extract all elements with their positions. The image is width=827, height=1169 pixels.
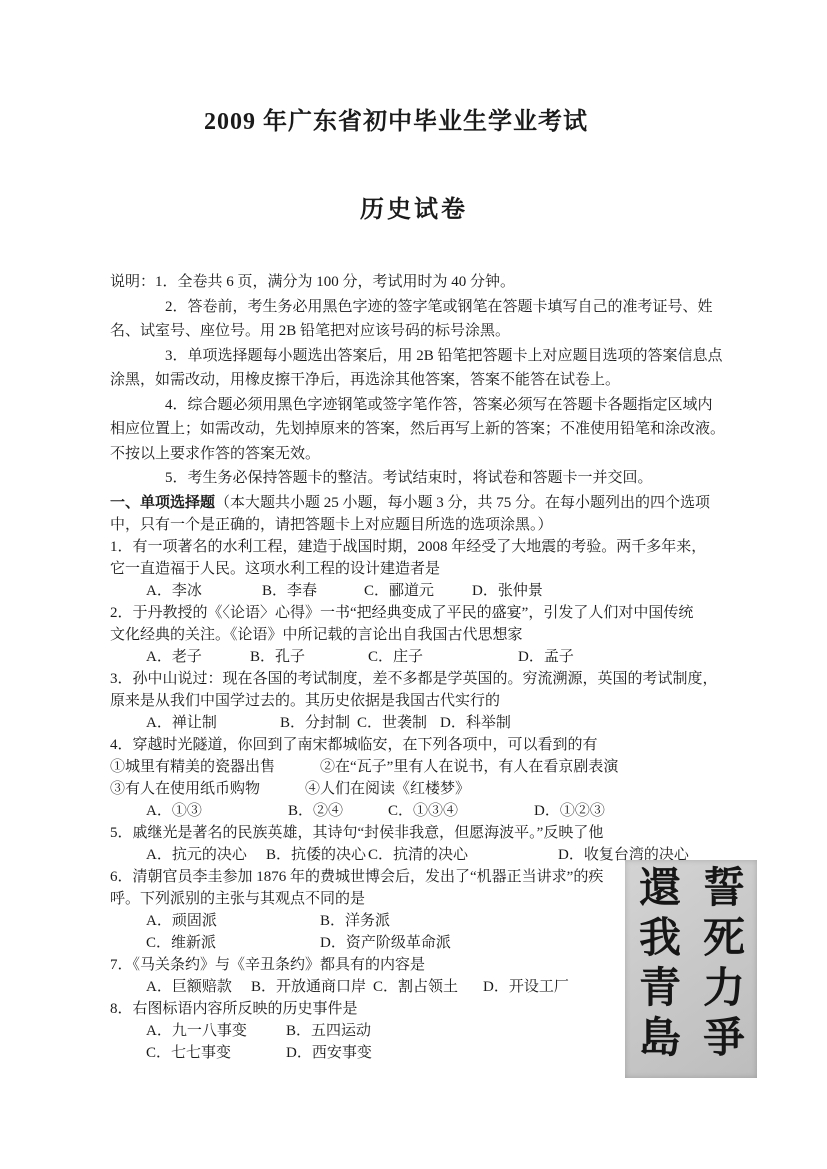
option-d: D．孟子: [518, 646, 574, 668]
question-4-options: A．①③B．②④C．①③④D．①②③: [110, 800, 725, 822]
option-c: C．郦道元: [364, 580, 472, 602]
slogan-calligraphy: 誓死力爭 還我青島: [625, 860, 755, 1078]
option-b: B．②④: [288, 800, 388, 822]
option-b: B．抗倭的决心: [266, 844, 368, 866]
option-a: A．李冰: [146, 580, 262, 602]
instruction-line: 4．综合题必须用黑色字迹钢笔或签字笔作答，答案必须写在答题卡各题指定区域内: [110, 393, 725, 418]
option-d: D．资产阶级革命派: [320, 932, 451, 954]
question-4-subitems: ③有人在使用纸币购物 ④人们在阅读《红楼梦》: [110, 778, 725, 800]
question-3-text: 3．孙中山说过：现在各国的考试制度，差不多都是学英国的。穷流溯源，英国的考试制度…: [110, 668, 725, 690]
option-a: A．老子: [146, 646, 250, 668]
question-2-text: 文化经典的关注。《论语》中所记载的言论出自我国古代思想家: [110, 624, 725, 646]
question-2-options: A．老子B．孔子C．庄子D．孟子: [110, 646, 725, 668]
option-c: C．七七事变: [146, 1042, 286, 1064]
option-d: D．张仲景: [472, 580, 543, 602]
question-5-text: 5．戚继光是著名的民族英雄，其诗句“封侯非我意，但愿海波平。”反映了他: [110, 822, 725, 844]
page-subtitle: 历史试卷: [110, 189, 718, 224]
page-title: 2009 年广东省初中毕业生学业考试: [92, 101, 700, 136]
option-c: C．割占领土: [373, 976, 483, 998]
question-3-options: A．禅让制B．分封制C．世袭制D．科举制: [110, 712, 725, 734]
option-d: D．开设工厂: [483, 976, 569, 998]
option-b: B．孔子: [250, 646, 368, 668]
instruction-line: 名、试室号、座位号。用 2B 铅笔把对应该号码的标号涂黑。: [110, 319, 725, 344]
option-b: B．开放通商口岸: [251, 976, 373, 998]
question-3-text: 原来是从我们中国学过去的。其历史依据是我国古代实行的: [110, 690, 725, 712]
option-a: A．禅让制: [146, 712, 280, 734]
instruction-line: 不按以上要求作答的答案无效。: [110, 442, 725, 467]
instructions-block: 说明：1．全卷共 6 页，满分为 100 分，考试用时为 40 分钟。 2．答卷…: [110, 270, 725, 491]
option-a: A．九一八事变: [146, 1020, 286, 1042]
option-c: C．世袭制: [357, 712, 440, 734]
slogan-photo: 誓死力爭 還我青島: [625, 860, 757, 1078]
option-c: C．①③④: [388, 800, 534, 822]
question-1-text: 它一直造福于人民。这项水利工程的设计建造者是: [110, 558, 725, 580]
option-b: B．李春: [262, 580, 364, 602]
option-b: B．分封制: [280, 712, 357, 734]
question-4-text: 4．穿越时光隧道，你回到了南宋都城临安，在下列各项中，可以看到的有: [110, 734, 725, 756]
slogan-column-left: 還我青島: [625, 865, 689, 1078]
slogan-column-right: 誓死力爭: [689, 865, 753, 1078]
option-d: D．①②③: [534, 800, 605, 822]
option-a: A．顽固派: [146, 910, 320, 932]
option-a: A．巨额赔款: [146, 976, 251, 998]
option-c: C．庄子: [368, 646, 518, 668]
question-4-subitems: ①城里有精美的瓷器出售 ②在“瓦子”里有人在说书，有人在看京剧表演: [110, 756, 725, 778]
option-a: A．①③: [146, 800, 288, 822]
option-d: D．科举制: [440, 712, 511, 734]
section-heading-bold: 一、单项选择题: [110, 495, 215, 511]
option-c: C．维新派: [146, 932, 320, 954]
instruction-line: 相应位置上；如需改动，先划掉原来的答案，然后再写上新的答案；不准使用铅笔和涂改液…: [110, 417, 725, 442]
instruction-line: 2．答卷前，考生务必用黑色字迹的签字笔或钢笔在答题卡填写自己的准考证号、姓: [110, 295, 725, 320]
instruction-line: 5．考生务必保持答题卡的整洁。考试结束时，将试卷和答题卡一并交回。: [110, 466, 725, 491]
section-heading: 一、单项选择题（本大题共小题 25 小题，每小题 3 分，共 75 分。在每小题…: [110, 492, 725, 514]
question-1-options: A．李冰B．李春C．郦道元D．张仲景: [110, 580, 725, 602]
section-heading-note: （本大题共小题 25 小题，每小题 3 分，共 75 分。在每小题列出的四个选项: [215, 495, 710, 511]
exam-paper-page: { "page": {"background": "#ffffff", "tex…: [0, 0, 827, 1169]
instruction-line: 涂黑，如需改动，用橡皮擦干净后，再选涂其他答案，答案不能答在试卷上。: [110, 368, 725, 393]
option-d: D．西安事变: [286, 1042, 372, 1064]
question-1-text: 1．有一项著名的水利工程，建造于战国时期，2008 年经受了大地震的考验。两千多…: [110, 536, 725, 558]
instruction-line: 3．单项选择题每小题选出答案后，用 2B 铅笔把答题卡上对应题目选项的答案信息点: [110, 344, 725, 369]
instruction-line: 说明：1．全卷共 6 页，满分为 100 分，考试用时为 40 分钟。: [110, 270, 725, 295]
option-b: B．五四运动: [286, 1020, 371, 1042]
option-a: A．抗元的决心: [146, 844, 266, 866]
option-b: B．洋务派: [320, 910, 390, 932]
option-c: C．抗清的决心: [368, 844, 558, 866]
question-2-text: 2．于丹教授的《〈论语〉心得》一书“把经典变成了平民的盛宴”，引发了人们对中国传…: [110, 602, 725, 624]
section-heading-line2: 中，只有一个是正确的，请把答题卡上对应题目所选的选项涂黑。）: [110, 514, 725, 536]
